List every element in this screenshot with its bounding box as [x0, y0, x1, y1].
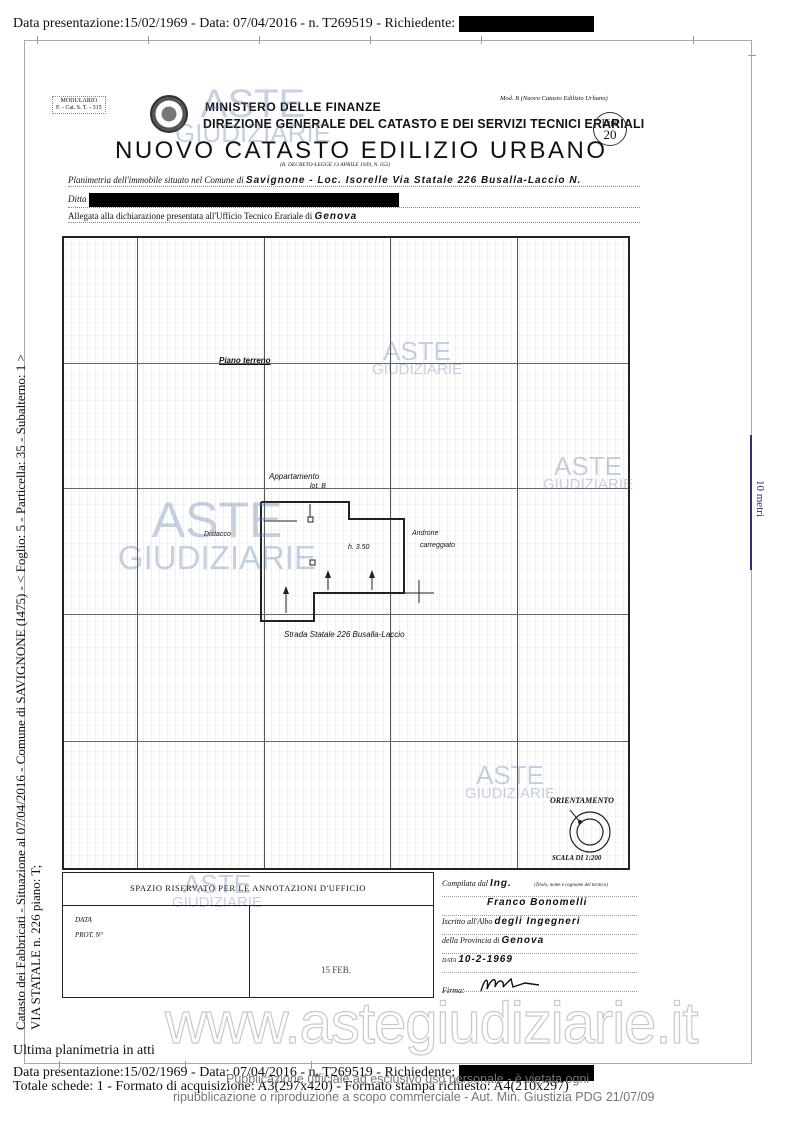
- data-row: DATA 10-2-1969: [442, 954, 637, 973]
- direzione-title: DIREZIONE GENERALE DEL CATASTO E DEI SER…: [203, 116, 644, 131]
- side-line-1: Catasto dei Fabbricati - Situazione al 0…: [13, 354, 28, 1030]
- legal-notice-1: Pubblicazione ufficiale ad esclusivo uso…: [226, 1072, 589, 1086]
- engineer-name: Franco Bonomelli: [442, 897, 637, 916]
- redacted-requester: [459, 16, 594, 32]
- ministero-title: MINISTERO DELLE FINANZE: [205, 100, 381, 114]
- ditta-row: Ditta: [68, 193, 640, 208]
- annotations-title: SPAZIO RISERVATO PER LE ANNOTAZIONI D'UF…: [63, 873, 433, 906]
- side-line-2: VIA STATALE n. 226 piano: T;: [28, 354, 43, 1030]
- document-title: NUOVO CATASTO EDILIZIO URBANO: [115, 137, 608, 165]
- ultima-planimetria: Ultima planimetria in atti: [13, 1043, 155, 1059]
- allegata-value: Genova: [315, 211, 358, 222]
- legal-notice-2: ripubblicazione o riproduzione a scopo c…: [173, 1090, 655, 1104]
- provincia-row: della Provincia di Genova: [442, 935, 637, 954]
- scala-label: SCALA DI 1:200: [552, 854, 601, 862]
- floor-plan-grid: Piano terreno Appartamento lot. B Distac…: [62, 236, 630, 870]
- compilata-section: Compilata dal Ing. (Titolo, nome e cogno…: [442, 878, 637, 992]
- compilata-row: Compilata dal Ing. (Titolo, nome e cogno…: [442, 878, 637, 897]
- annotation-prot-label: PROT. N°: [75, 931, 103, 939]
- iscritto-row: Iscritto all'Albo degli Ingegneri: [442, 916, 637, 935]
- scale-label: 10 metri: [754, 480, 766, 517]
- redacted-ditta: [89, 193, 399, 207]
- orientamento-label: ORIENTAMENTO: [550, 796, 614, 805]
- annotations-box: SPAZIO RISERVATO PER LE ANNOTAZIONI D'UF…: [62, 872, 434, 998]
- allegata-row: Allegata alla dichiarazione presentata a…: [68, 211, 640, 223]
- room-outline: [64, 238, 630, 870]
- planimetria-row: Planimetria dell'immobile situato nel Co…: [68, 175, 640, 187]
- scale-bar: [750, 435, 752, 570]
- decreto-label: (R. DECRETO-LEGGE 13 APRILE 1939, N. 652…: [280, 162, 390, 168]
- planimetria-value: Savignone - Loc. Isorelle Via Statale 22…: [246, 175, 581, 186]
- site-watermark: www.astegiudiziarie.it: [165, 990, 697, 1057]
- header-text: Data presentazione:15/02/1969 - Data: 07…: [13, 16, 455, 31]
- office-stamp: 15 FEB.: [321, 965, 351, 975]
- north-compass-icon: [564, 806, 614, 856]
- side-info: Catasto dei Fabbricati - Situazione al 0…: [13, 354, 43, 1030]
- republic-emblem-icon: [150, 95, 188, 133]
- annotation-data-label: DATA: [75, 916, 92, 924]
- mod-b-label: Mod. B (Nuovo Catasto Edilizio Urbano): [500, 95, 608, 102]
- header-line: Data presentazione:15/02/1969 - Data: 07…: [13, 16, 594, 32]
- modulario-label: MODULARIO F. - Cat. S. T. - 315: [52, 96, 106, 114]
